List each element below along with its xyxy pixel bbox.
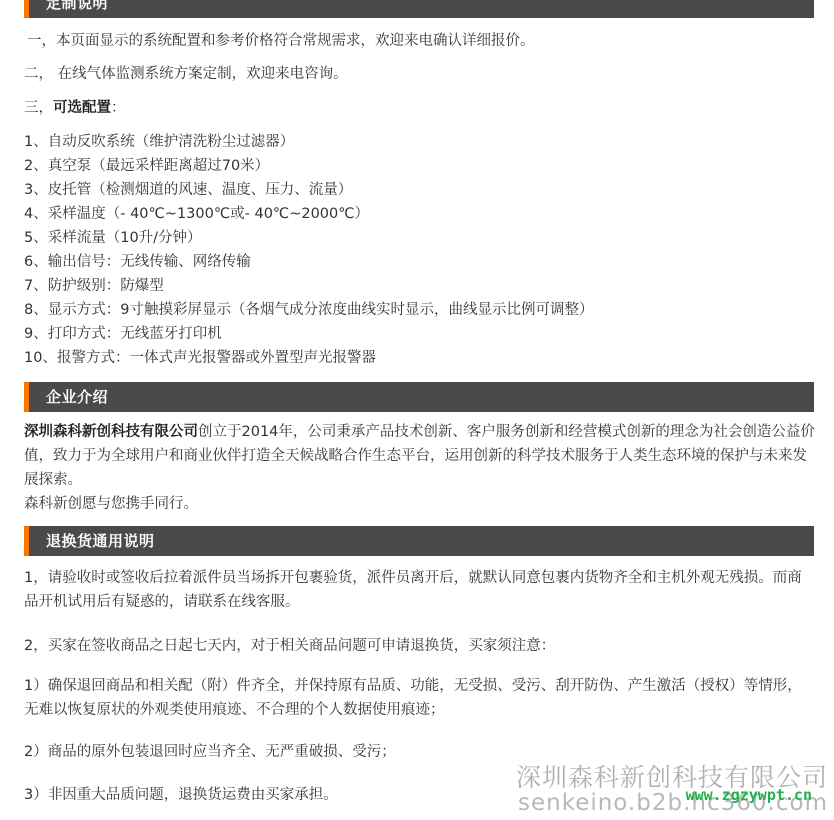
customization-line-2: 二， 在线气体监测系统方案定制，欢迎来电咨询。 [24, 64, 348, 84]
section-header-returns: 退换货通用说明 [24, 526, 814, 556]
company-intro: 深圳森科新创科技有限公司创立于2014年，公司秉承产品技术创新、客户服务创新和经… [24, 420, 816, 516]
option-item: 3、皮托管（检测烟道的风速、温度、压力、流量） [24, 180, 352, 200]
customization-line-3: 三，可选配置： [24, 98, 126, 118]
customization-line-1: 一，本页面显示的系统配置和参考价格符合常规需求，欢迎来电确认详细报价。 [27, 31, 535, 51]
section-title: 企业介绍 [46, 386, 108, 408]
option-item: 7、防护级别：防爆型 [24, 276, 164, 296]
section-header-customization: 定制说明 [24, 0, 814, 18]
section-title: 定制说明 [46, 0, 108, 14]
section-title: 退换货通用说明 [46, 530, 155, 552]
returns-paragraph-5: 3）非因重大品质问题，退换货运费由买家承担。 [24, 783, 816, 807]
returns-paragraph-2: 2，买家在签收商品之日起七天内，对于相关商品问题可申请退换货，买家须注意： [24, 634, 816, 658]
line3-suffix: ： [111, 100, 126, 116]
company-closing: 森科新创愿与您携手同行。 [24, 496, 198, 512]
option-item: 10、报警方式：一体式声光报警器或外置型声光报警器 [24, 348, 376, 368]
option-item: 9、打印方式：无线蓝牙打印机 [24, 324, 222, 344]
option-item: 5、采样流量（10升/分钟） [24, 228, 202, 248]
line3-prefix: 三， [24, 100, 53, 116]
returns-paragraph-3: 1）确保退回商品和相关配（附）件齐全，并保持原有品质、功能，无受损、受污、刮开防… [24, 674, 816, 722]
option-item: 4、采样温度（- 40℃~1300℃或- 40℃~2000℃） [24, 204, 369, 224]
option-item: 2、真空泵（最远采样距离超过70米） [24, 156, 269, 176]
returns-paragraph-1: 1，请验收时或签收后拉着派件员当场拆开包裹验货，派件员离开后，就默认同意包裹内货… [24, 566, 816, 614]
returns-paragraph-4: 2）商品的原外包装退回时应当齐全、无严重破损、受污； [24, 740, 816, 764]
company-name: 深圳森科新创科技有限公司 [24, 424, 198, 440]
option-item: 1、自动反吹系统（维护清洗粉尘过滤器） [24, 132, 294, 152]
optional-config-label: 可选配置 [53, 100, 111, 116]
option-item: 8、显示方式：9寸触摸彩屏显示（各烟气成分浓度曲线实时显示，曲线显示比例可调整） [24, 300, 593, 320]
section-header-company: 企业介绍 [24, 382, 814, 412]
option-item: 6、输出信号：无线传输、网络传输 [24, 252, 251, 272]
